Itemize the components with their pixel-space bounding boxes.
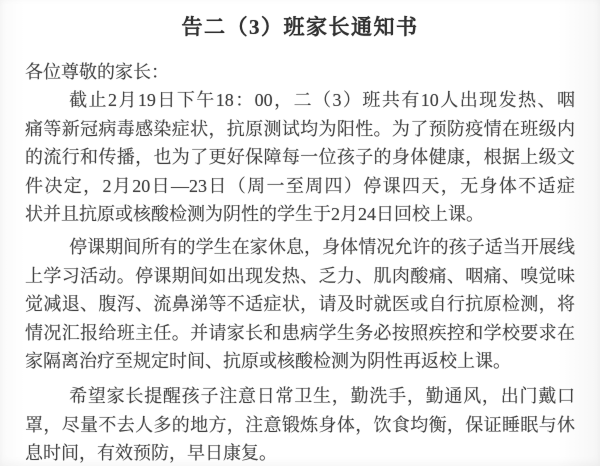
notice-line: 息时间，有效预防，早日康复。: [25, 439, 575, 466]
notice-line: 家隔离治疗至规定时间、抗原或核酸检测为阴性再返校上课。: [25, 347, 575, 375]
notice-line: 的流行和传播，也为了更好保障每一位孩子的身体健康，根据上级文: [25, 143, 575, 171]
notice-line: 截止2月19日下午18：00，二（3）班共有10人出现发热、咽: [25, 86, 575, 114]
notice-line: 觉减退、腹泻、流鼻涕等不适症状，请及时就医或自行抗原检测，将: [25, 290, 575, 318]
notice-line: 情况汇报给班主任。并请家长和患病学生务必按照疾控和学校要求在: [25, 319, 575, 347]
notice-line: 状并且抗原或核酸检测为阴性的学生于2月24日回校上课。: [25, 200, 575, 228]
document-title: 告二（3）班家长通知书: [25, 8, 575, 42]
notice-line: 罩，尽量不去人多的地方，注意锻炼身体，饮食均衡，保证睡眠与休: [25, 411, 575, 439]
paragraph-1: 截止2月19日下午18：00，二（3）班共有10人出现发热、咽 痛等新冠病毒感染…: [25, 86, 575, 228]
notice-document-photo: 告二（3）班家长通知书 各位尊敬的家长： 截止2月19日下午18：00，二（3）…: [0, 0, 600, 466]
paragraph-2: 停课期间所有的学生在家休息，身体情况允许的孩子适当开展线 上学习活动。停课期间如…: [25, 233, 575, 375]
notice-page: 告二（3）班家长通知书 各位尊敬的家长： 截止2月19日下午18：00，二（3）…: [0, 0, 600, 466]
notice-line: 希望家长提醒孩子注意日常卫生，勤洗手，勤通风，出门戴口: [25, 382, 575, 410]
notice-line: 件决定，2月20日—23日（周一至周四）停课四天，无身体不适症: [25, 172, 575, 200]
salutation: 各位尊敬的家长：: [25, 58, 575, 86]
paragraph-3: 希望家长提醒孩子注意日常卫生，勤洗手，勤通风，出门戴口 罩，尽量不去人多的地方，…: [25, 382, 575, 466]
notice-line: 停课期间所有的学生在家休息，身体情况允许的孩子适当开展线: [25, 233, 575, 261]
notice-line: 痛等新冠病毒感染症状，抗原测试均为阳性。为了预防疫情在班级内: [25, 115, 575, 143]
notice-line: 上学习活动。停课期间如出现发热、乏力、肌肉酸痛、咽痛、嗅觉味: [25, 262, 575, 290]
